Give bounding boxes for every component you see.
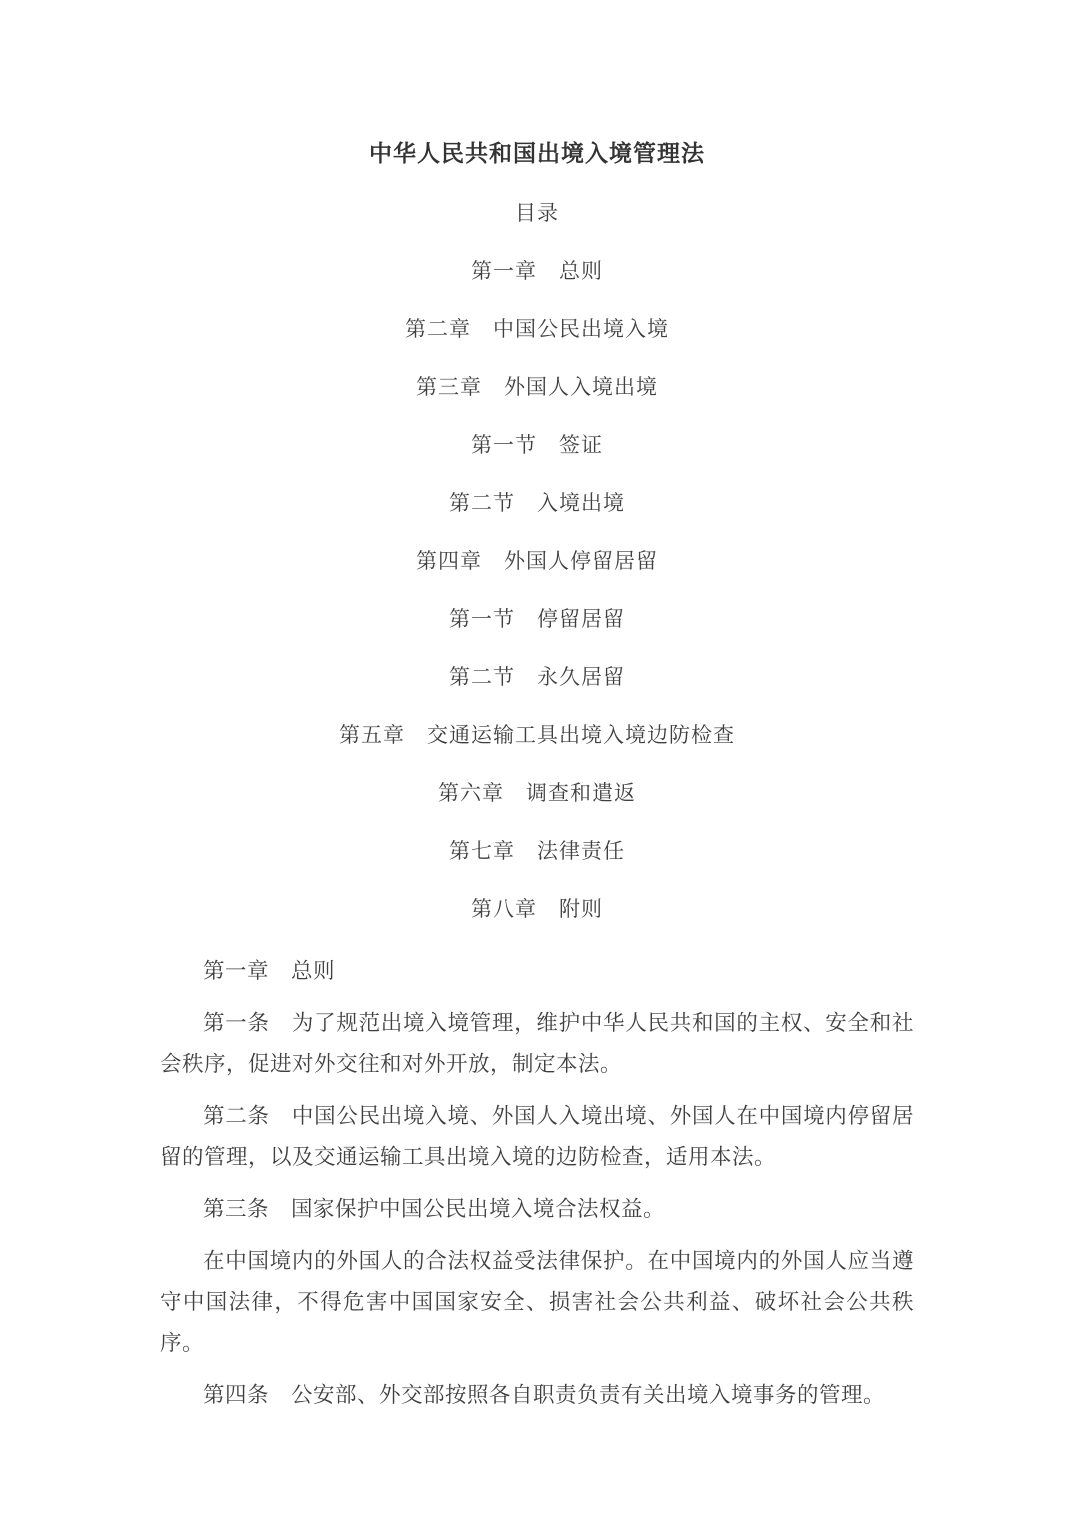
toc-entry: 第七章 法律责任 — [0, 840, 1074, 863]
toc-entry: 第二节 入境出境 — [0, 492, 1074, 515]
chapter-heading: 第一章 总则 — [160, 951, 914, 992]
article-paragraph: 第一条 为了规范出境入境管理，维护中华人民共和国的主权、安全和社会秩序，促进对外… — [160, 1003, 914, 1085]
article-paragraph: 第三条 国家保护中国公民出境入境合法权益。 — [160, 1189, 914, 1230]
toc-entry: 第二节 永久居留 — [0, 666, 1074, 689]
toc-entry: 第五章 交通运输工具出境入境边防检查 — [0, 724, 1074, 747]
table-of-contents: 第一章 总则 第二章 中国公民出境入境 第三章 外国人入境出境 第一节 签证 第… — [0, 260, 1074, 921]
toc-entry: 第四章 外国人停留居留 — [0, 550, 1074, 573]
toc-entry: 第三章 外国人入境出境 — [0, 376, 1074, 399]
toc-entry: 第一节 停留居留 — [0, 608, 1074, 631]
document-body: 第一章 总则 第一条 为了规范出境入境管理，维护中华人民共和国的主权、安全和社会… — [0, 921, 1074, 1416]
body-paragraph: 在中国境内的外国人的合法权益受法律保护。在中国境内的外国人应当遵守中国法律，不得… — [160, 1241, 914, 1364]
document-page: 中华人民共和国出境入境管理法 目录 第一章 总则 第二章 中国公民出境入境 第三… — [0, 0, 1074, 1520]
toc-heading: 目录 — [0, 202, 1074, 225]
toc-entry: 第六章 调查和遣返 — [0, 782, 1074, 805]
article-paragraph: 第四条 公安部、外交部按照各自职责负责有关出境入境事务的管理。 — [160, 1375, 914, 1416]
toc-entry: 第一章 总则 — [0, 260, 1074, 283]
toc-entry: 第八章 附则 — [0, 898, 1074, 921]
toc-entry: 第二章 中国公民出境入境 — [0, 318, 1074, 341]
article-paragraph: 第二条 中国公民出境入境、外国人入境出境、外国人在中国境内停留居留的管理，以及交… — [160, 1096, 914, 1178]
toc-entry: 第一节 签证 — [0, 434, 1074, 457]
document-title: 中华人民共和国出境入境管理法 — [0, 0, 1074, 167]
